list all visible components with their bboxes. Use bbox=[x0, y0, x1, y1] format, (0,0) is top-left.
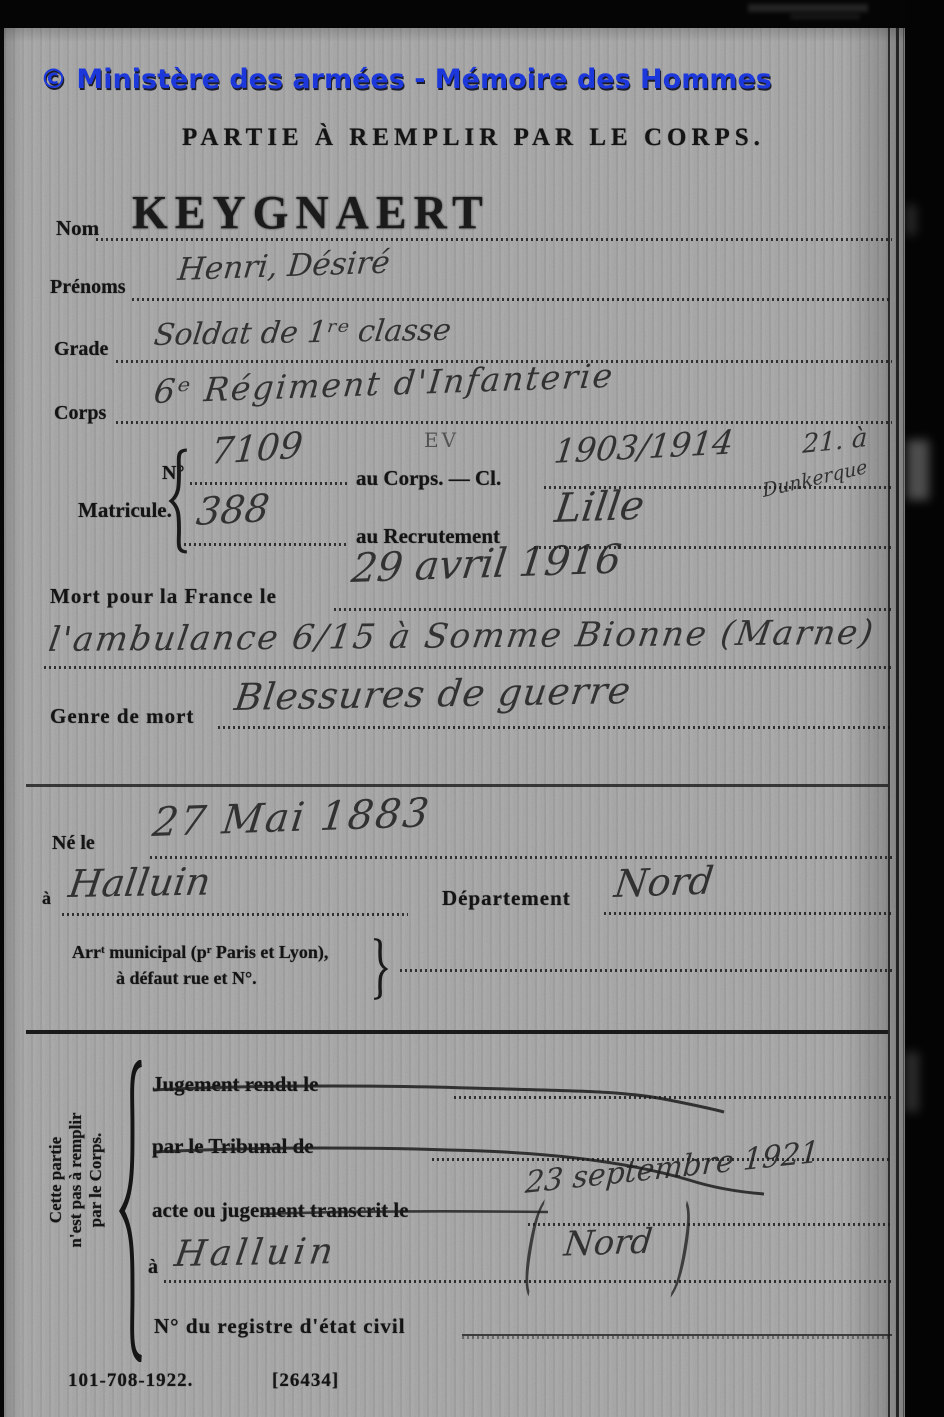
sidebar-note-line: Cette partie bbox=[46, 1030, 66, 1330]
dotted-line bbox=[400, 969, 892, 972]
transcrit-label: acte ou jugement transcrit le bbox=[152, 1198, 409, 1223]
document-card: © Ministère des armées - Mémoire des Hom… bbox=[4, 28, 905, 1417]
registre-label: N° du registre d'état civil bbox=[154, 1314, 406, 1339]
scan-artifact bbox=[790, 14, 860, 19]
arr-municipal-label-line2: à défaut rue et N°. bbox=[116, 968, 257, 989]
dotted-line bbox=[96, 238, 892, 241]
genre-de-mort-label: Genre de mort bbox=[50, 704, 194, 729]
classe-value: 1903/1914 bbox=[552, 422, 736, 471]
jugement-brace bbox=[116, 1060, 146, 1362]
scanned-death-record: © Ministère des armées - Mémoire des Hom… bbox=[0, 0, 944, 1417]
grade-value: Soldat de 1ʳᵉ classe bbox=[152, 313, 453, 353]
scan-artifact bbox=[748, 4, 868, 12]
mort-date: 29 avril 1916 bbox=[349, 536, 624, 592]
dotted-line bbox=[604, 912, 892, 915]
corps-value: 6ᵉ Régiment d'Infanterie bbox=[152, 356, 616, 411]
scan-artifact bbox=[906, 205, 916, 235]
genre-de-mort-value: Blessures de guerre bbox=[232, 669, 634, 719]
arr-municipal-label-line1: Arrᵗ municipal (pʳ Paris et Lyon), bbox=[72, 942, 328, 963]
departement-label: Département bbox=[442, 886, 571, 911]
mort-label: Mort pour la France le bbox=[50, 584, 277, 609]
paren-open: ( bbox=[520, 1183, 546, 1308]
corps-label: Corps bbox=[54, 402, 106, 425]
jugement-lieu: Halluin bbox=[172, 1231, 340, 1275]
tribunal-label: par le Tribunal de bbox=[152, 1134, 314, 1159]
fold-line bbox=[888, 28, 890, 1417]
dotted-line bbox=[184, 543, 348, 546]
fold-line bbox=[896, 28, 899, 1417]
jugement-rendu-label: Jugement rendu le bbox=[152, 1072, 318, 1097]
prenoms-label: Prénoms bbox=[50, 276, 126, 299]
dotted-line bbox=[218, 726, 892, 729]
scan-top-edge bbox=[0, 0, 944, 28]
dotted-line bbox=[462, 1336, 892, 1339]
separator-line bbox=[26, 784, 888, 787]
matricule-label-line1: N° bbox=[162, 462, 184, 485]
dotted-line bbox=[334, 608, 892, 611]
a-label: à bbox=[42, 888, 51, 909]
page-title: PARTIE À REMPLIR PAR LE CORPS. bbox=[182, 124, 765, 152]
commune-value: Halluin bbox=[66, 859, 213, 906]
matricule-recrutement-number: 388 bbox=[194, 486, 272, 534]
fold-line bbox=[903, 28, 904, 1417]
separator-line-thick bbox=[26, 1030, 888, 1034]
reference-number: [26434] bbox=[272, 1370, 339, 1392]
ne-le-label: Né le bbox=[52, 832, 95, 855]
watermark-text: © Ministère des armées - Mémoire des Hom… bbox=[40, 64, 772, 95]
arr-municipal-brace bbox=[370, 938, 390, 1000]
scan-artifact bbox=[905, 1052, 919, 1112]
dotted-line bbox=[190, 482, 348, 485]
matricule-corps-number: 7109 bbox=[209, 425, 305, 473]
dotted-line bbox=[164, 1280, 892, 1283]
departement-name: Nord bbox=[548, 1221, 668, 1265]
nom-label: Nom bbox=[56, 216, 99, 241]
mort-lieu: l'ambulance 6/15 à Somme Bionne (Marne) bbox=[46, 613, 878, 660]
grade-label: Grade bbox=[54, 338, 108, 361]
au-corps-label: au Corps. — Cl. bbox=[356, 466, 501, 491]
ne-le-date: 27 Mai 1883 bbox=[150, 790, 433, 846]
imprint-code: 101-708-1922. bbox=[68, 1370, 193, 1392]
sidebar-note-line: par le Corps. bbox=[86, 1030, 106, 1330]
departement-value: Nord bbox=[612, 858, 716, 906]
paren-close: ) bbox=[670, 1184, 696, 1309]
dotted-line bbox=[454, 1096, 892, 1099]
dotted-line bbox=[116, 421, 892, 424]
nom-value: KEYGNAERT bbox=[132, 185, 490, 240]
scan-right-edge bbox=[905, 0, 944, 1417]
transcrit-date: 23 septembre 1921 bbox=[524, 1135, 820, 1201]
sidebar-note: Cette partie n'est pas à remplir par le … bbox=[46, 1030, 106, 1330]
dotted-line bbox=[132, 298, 892, 301]
dotted-line bbox=[150, 856, 892, 859]
recrutement-value: Lille bbox=[552, 483, 647, 532]
jugement-lieu-departement: ( Nord ) bbox=[524, 1220, 693, 1266]
scan-artifact bbox=[907, 440, 929, 500]
sidebar-note-line: n'est pas à remplir bbox=[66, 1030, 86, 1330]
matricule-annotation: EV bbox=[424, 428, 459, 452]
classe-place: Dunkerque bbox=[761, 456, 868, 502]
prenoms-value: Henri, Désiré bbox=[176, 244, 392, 288]
matricule-label-line2: Matricule. bbox=[78, 498, 172, 523]
jugement-a-label: à bbox=[148, 1256, 158, 1279]
classe-extra: 21. à bbox=[802, 423, 868, 460]
dotted-line bbox=[62, 913, 408, 916]
dotted-line bbox=[44, 666, 892, 669]
